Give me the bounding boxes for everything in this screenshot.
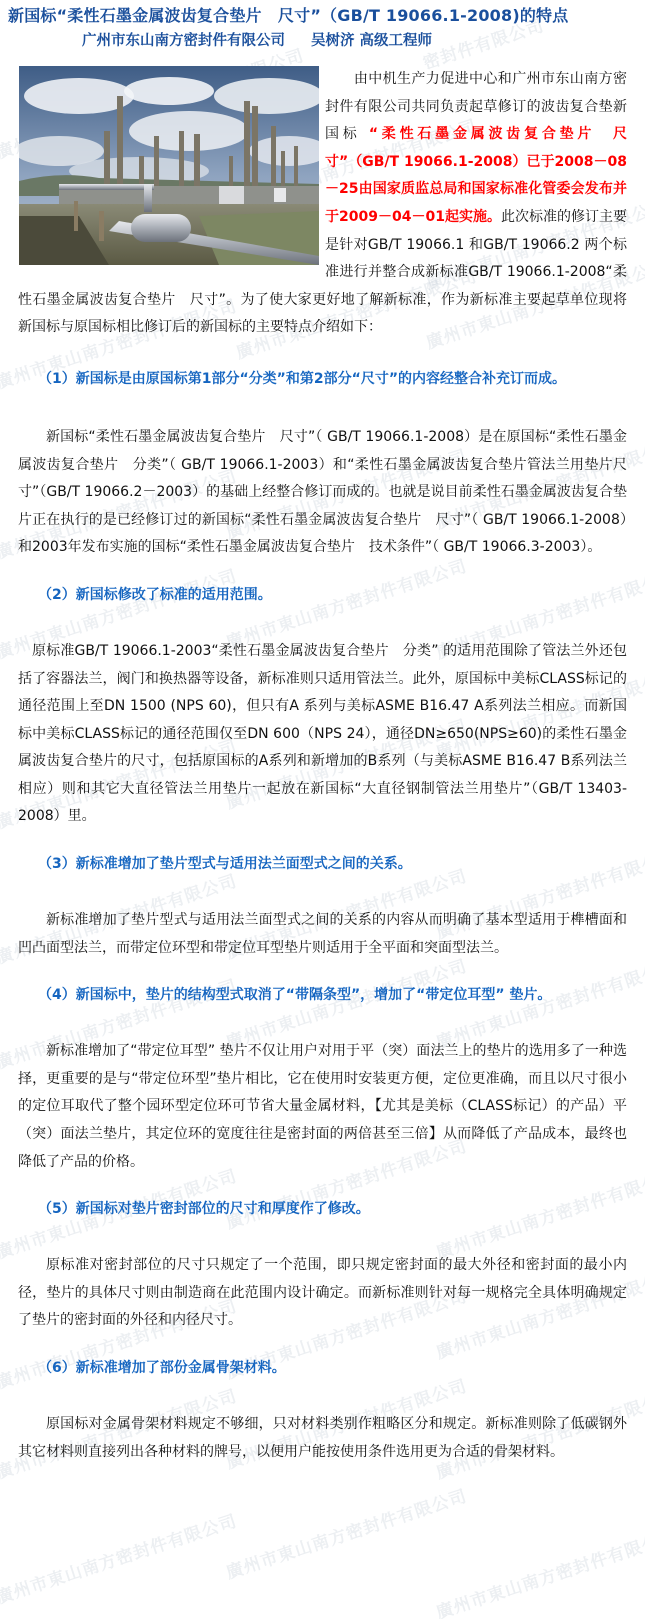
section-heading-4: （4）新国标中，垫片的结构型式取消了“带隔条型”，增加了“带定位耳型” 垫片。	[18, 984, 627, 1006]
section-heading-2: （2）新国标修改了标准的适用范围。	[18, 584, 627, 606]
section-heading-5: （5）新国标对垫片密封部位的尺寸和厚度作了修改。	[18, 1198, 627, 1220]
company-name: 广州市东山南方密封件有限公司	[82, 33, 285, 49]
article-title: 新国标“柔性石墨金属波齿复合垫片 尺寸”（GB/T 19066.1-2008)的…	[8, 0, 627, 28]
section-body-4: 新标准增加了“带定位耳型” 垫片不仅让用户对用于平（突）面法兰上的垫片的选用多了…	[18, 1038, 627, 1176]
section-body-2: 原标准GB/T 19066.1-2003“柔性石墨金属波齿复合垫片 分类” 的适…	[18, 638, 627, 831]
watermark: 廣州市東山南方密封件有限公司	[0, 1507, 240, 1609]
watermark: 廣州市東山南方密封件有限公司	[432, 1522, 645, 1619]
section-body-6: 原国标对金属骨架材料规定不够细，只对材料类别作粗略区分和规定。新标准则除了低碳钢…	[18, 1411, 627, 1466]
section-heading-3: （3）新标准增加了垫片型式与适用法兰面型式之间的关系。	[18, 853, 627, 875]
intro-paragraph: 由中机生产力促进中心和广州市东山南方密封件有限公司共同负责起草修订的波齿复合垫新…	[18, 66, 627, 342]
section-body-3: 新标准增加了垫片型式与适用法兰面型式之间的关系的内容从而明确了基本型适用于榫槽面…	[18, 907, 627, 962]
refinery-photo	[19, 66, 319, 265]
article: 新国标“柔性石墨金属波齿复合垫片 尺寸”（GB/T 19066.1-2008)的…	[0, 0, 645, 1466]
indent	[325, 71, 354, 87]
watermark: 廣州市東山南方密封件有限公司	[222, 1482, 469, 1584]
section-heading-6: （6）新标准增加了部份金属骨架材料。	[18, 1357, 627, 1379]
section-body-1: 新国标“柔性石墨金属波齿复合垫片 尺寸”（ GB/T 19066.1-2008）…	[18, 424, 627, 562]
section-body-5: 原标准对密封部位的尺寸只规定了一个范围，即只规定密封面的最大外径和密封面的最小内…	[18, 1252, 627, 1335]
section-heading-1: （1）新国标是由原国标第1部分“分类”和第2部分“尺寸”的内容经整合补充订而成。	[18, 368, 627, 390]
author-name: 吴树济 高级工程师	[311, 33, 432, 49]
byline: 广州市东山南方密封件有限公司吴树济 高级工程师	[18, 28, 627, 54]
